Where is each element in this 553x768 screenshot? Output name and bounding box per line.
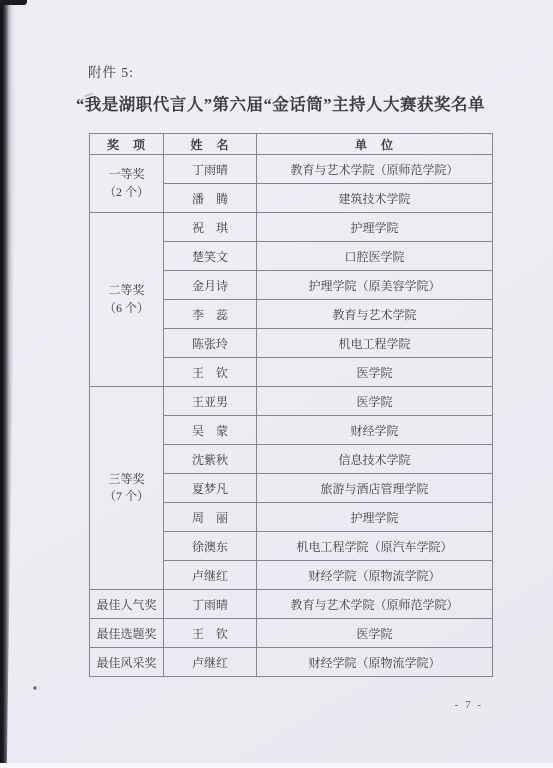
- winner-unit-cell: 财经学院: [257, 416, 493, 445]
- winner-unit-cell: 医学院: [257, 358, 493, 387]
- winner-unit-cell: 建筑技术学院: [257, 184, 493, 213]
- winner-name-cell: 陈张玲: [164, 329, 257, 358]
- winner-name-cell: 楚笑文: [164, 242, 257, 271]
- award-label: 三等奖: [90, 471, 163, 488]
- winner-unit-cell: 旅游与酒店管理学院: [257, 474, 493, 503]
- award-group-cell-first-prize: 一等奖 （2 个）: [90, 155, 164, 213]
- page-number: - 7 -: [455, 699, 483, 711]
- table-row: 最佳人气奖 丁雨晴 教育与艺术学院（原师范学院）: [90, 590, 493, 619]
- winner-unit-cell: 口腔医学院: [257, 242, 493, 271]
- winner-unit-cell: 教育与艺术学院（原师范学院）: [257, 155, 493, 184]
- winner-name-cell: 李 蕊: [164, 300, 257, 329]
- winner-name-cell: 金月诗: [164, 271, 257, 300]
- winner-name-cell: 沈紫秋: [164, 445, 257, 474]
- dust-speck: [33, 686, 37, 690]
- special-award-cell: 最佳人气奖: [90, 590, 164, 619]
- attachment-label: 附件 5:: [88, 61, 134, 81]
- winner-unit-cell: 教育与艺术学院: [257, 300, 493, 329]
- award-group-cell-second-prize: 二等奖 （6 个）: [90, 213, 164, 387]
- table-row: 二等奖 （6 个） 祝 琪 护理学院: [90, 213, 493, 242]
- winner-unit-cell: 信息技术学院: [257, 445, 493, 474]
- special-award-cell: 最佳选题奖: [90, 619, 164, 648]
- winner-name-cell: 潘 腾: [164, 184, 257, 213]
- table-header-row: 奖 项 姓 名 单 位: [90, 134, 493, 155]
- special-award-cell: 最佳风采奖: [90, 648, 164, 677]
- table-row: 最佳风采奖 卢继红 财经学院（原物流学院）: [90, 648, 493, 677]
- winner-unit-cell: 机电工程学院（原汽车学院）: [257, 532, 493, 561]
- winner-unit-cell: 财经学院（原物流学院）: [257, 648, 493, 677]
- winner-name-cell: 吴 蒙: [164, 416, 257, 445]
- award-count: （7 个）: [90, 488, 163, 505]
- document-title: “我是湖职代言人”第六届“金话筒”主持人大赛获奖名单: [34, 91, 527, 115]
- winner-name-cell: 卢继红: [164, 561, 257, 590]
- winner-name-cell: 丁雨晴: [164, 590, 257, 619]
- winner-name-cell: 徐澳东: [164, 532, 257, 561]
- scanned-document-page: 附件 5: “我是湖职代言人”第六届“金话筒”主持人大赛获奖名单 奖 项 姓 名…: [0, 0, 553, 768]
- award-count: （6 个）: [90, 300, 163, 317]
- table-row: 三等奖 （7 个） 王亚男 医学院: [90, 387, 493, 416]
- winner-unit-cell: 护理学院（原美容学院）: [257, 271, 493, 300]
- winner-unit-cell: 财经学院（原物流学院）: [257, 561, 493, 590]
- table-row: 一等奖 （2 个） 丁雨晴 教育与艺术学院（原师范学院）: [90, 155, 493, 184]
- winner-unit-cell: 护理学院: [257, 503, 493, 532]
- scan-corner-artifact: [0, 0, 27, 5]
- winner-name-cell: 卢继红: [164, 648, 257, 677]
- winner-unit-cell: 教育与艺术学院（原师范学院）: [257, 590, 493, 619]
- award-count: （2 个）: [90, 184, 163, 201]
- scan-bottom-edge: [0, 763, 553, 768]
- award-group-cell-third-prize: 三等奖 （7 个）: [90, 387, 164, 590]
- header-cell-name: 姓 名: [164, 134, 257, 155]
- winner-name-cell: 王 钦: [164, 619, 257, 648]
- winner-unit-cell: 医学院: [257, 619, 493, 648]
- winner-unit-cell: 机电工程学院: [257, 329, 493, 358]
- winner-name-cell: 夏梦凡: [164, 474, 257, 503]
- table-row: 最佳选题奖 王 钦 医学院: [90, 619, 493, 648]
- winner-name-cell: 周 丽: [164, 503, 257, 532]
- winner-name-cell: 王 钦: [164, 358, 257, 387]
- awards-table: 奖 项 姓 名 单 位 一等奖 （2 个） 丁雨晴 教育与艺术学院（原师范学院）…: [89, 133, 493, 677]
- winner-name-cell: 祝 琪: [164, 213, 257, 242]
- winner-unit-cell: 医学院: [257, 387, 493, 416]
- header-cell-unit: 单 位: [257, 134, 493, 155]
- winner-name-cell: 丁雨晴: [164, 155, 257, 184]
- award-label: 二等奖: [90, 282, 163, 299]
- scan-edge-artifact: [0, 0, 18, 768]
- award-label: 一等奖: [90, 166, 163, 183]
- winner-unit-cell: 护理学院: [257, 213, 493, 242]
- winner-name-cell: 王亚男: [164, 387, 257, 416]
- header-cell-award: 奖 项: [90, 134, 164, 155]
